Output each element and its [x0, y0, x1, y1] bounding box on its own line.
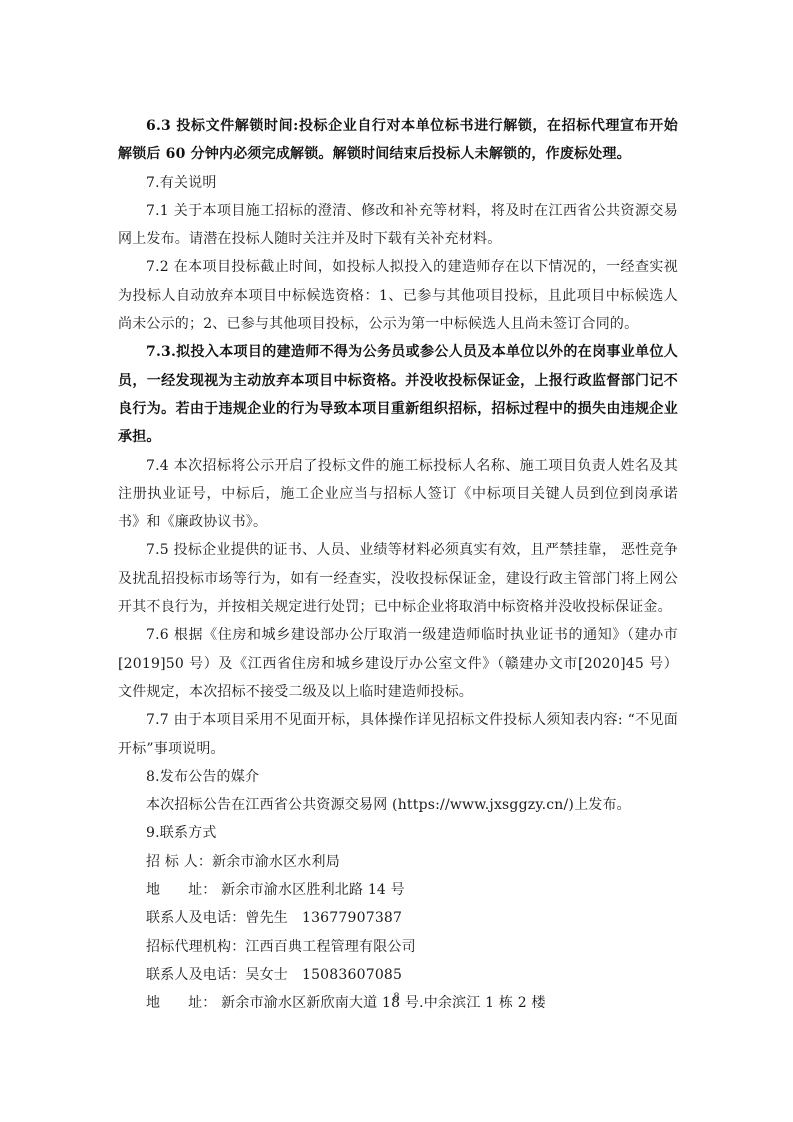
- section-heading-9: 9.联系方式: [118, 819, 678, 847]
- contact-value: 曾先生 13677907387: [245, 910, 402, 926]
- contact-tenderer-address: 地 址： 新余市渝水区胜利北路 14 号: [118, 876, 678, 904]
- paragraph-publication-media: 本次招标公告在江西省公共资源交易网 (https://www.jxsggzy.c…: [118, 791, 678, 819]
- section-heading-8: 8.发布公告的媒介: [118, 763, 678, 791]
- paragraph-7-1: 7.1 关于本项目施工招标的澄清、修改和补充等材料，将及时在江西省公共资源交易网…: [118, 197, 678, 254]
- page-content: 6.3 投标文件解锁时间:投标企业自行对本单位标书进行解锁，在招标代理宣布开始解…: [118, 112, 678, 1018]
- paragraph-7-2: 7.2 在本项目投标截止时间，如投标人拟投入的建造师存在以下情况的，一经查实视为…: [118, 253, 678, 338]
- paragraph-7-5: 7.5 投标企业提供的证书、人员、业绩等材料必须真实有效，且严禁挂靠， 恶性竞争…: [118, 536, 678, 621]
- paragraph-7-3: 7.3.拟投入本项目的建造师不得为公务员或参公人员及本单位以外的在岗事业单位人员…: [118, 338, 678, 451]
- contact-value: 吴女士 15083607085: [245, 967, 402, 983]
- contact-value: 江西百典工程管理有限公司: [245, 939, 415, 955]
- paragraph-7-4: 7.4 本次招标将公示开启了投标文件的施工标投标人名称、施工项目负责人姓名及其注…: [118, 452, 678, 537]
- document-page: 6.3 投标文件解锁时间:投标企业自行对本单位标书进行解锁，在招标代理宣布开始解…: [0, 0, 793, 1122]
- contact-tenderer-phone: 联系人及电话：曾先生 13677907387: [118, 904, 678, 932]
- section-heading-7: 7.有关说明: [118, 169, 678, 197]
- paragraph-7-6: 7.6 根据《住房和城乡建设部办公厅取消一级建造师临时执业证书的通知》（建办市[…: [118, 621, 678, 706]
- contact-agency-phone: 联系人及电话：吴女士 15083607085: [118, 961, 678, 989]
- contact-value: 新余市渝水区水利局: [212, 854, 340, 870]
- contact-tenderer: 招 标 人：新余市渝水区水利局: [118, 848, 678, 876]
- paragraph-7-7: 7.7 由于本项目采用不见面开标，具体操作详见招标文件投标人须知表内容: “不见…: [118, 706, 678, 763]
- contact-agency: 招标代理机构：江西百典工程管理有限公司: [118, 933, 678, 961]
- contact-label: 地 址：: [146, 882, 217, 898]
- contact-value: 新余市渝水区胜利北路 14 号: [217, 882, 405, 898]
- contact-label: 联系人及电话：: [146, 910, 245, 926]
- contact-label: 招标代理机构：: [146, 939, 245, 955]
- paragraph-6-3: 6.3 投标文件解锁时间:投标企业自行对本单位标书进行解锁，在招标代理宣布开始解…: [118, 112, 678, 169]
- page-number: 8: [0, 989, 793, 1004]
- contact-label: 招 标 人：: [146, 854, 212, 870]
- contact-label: 联系人及电话：: [146, 967, 245, 983]
